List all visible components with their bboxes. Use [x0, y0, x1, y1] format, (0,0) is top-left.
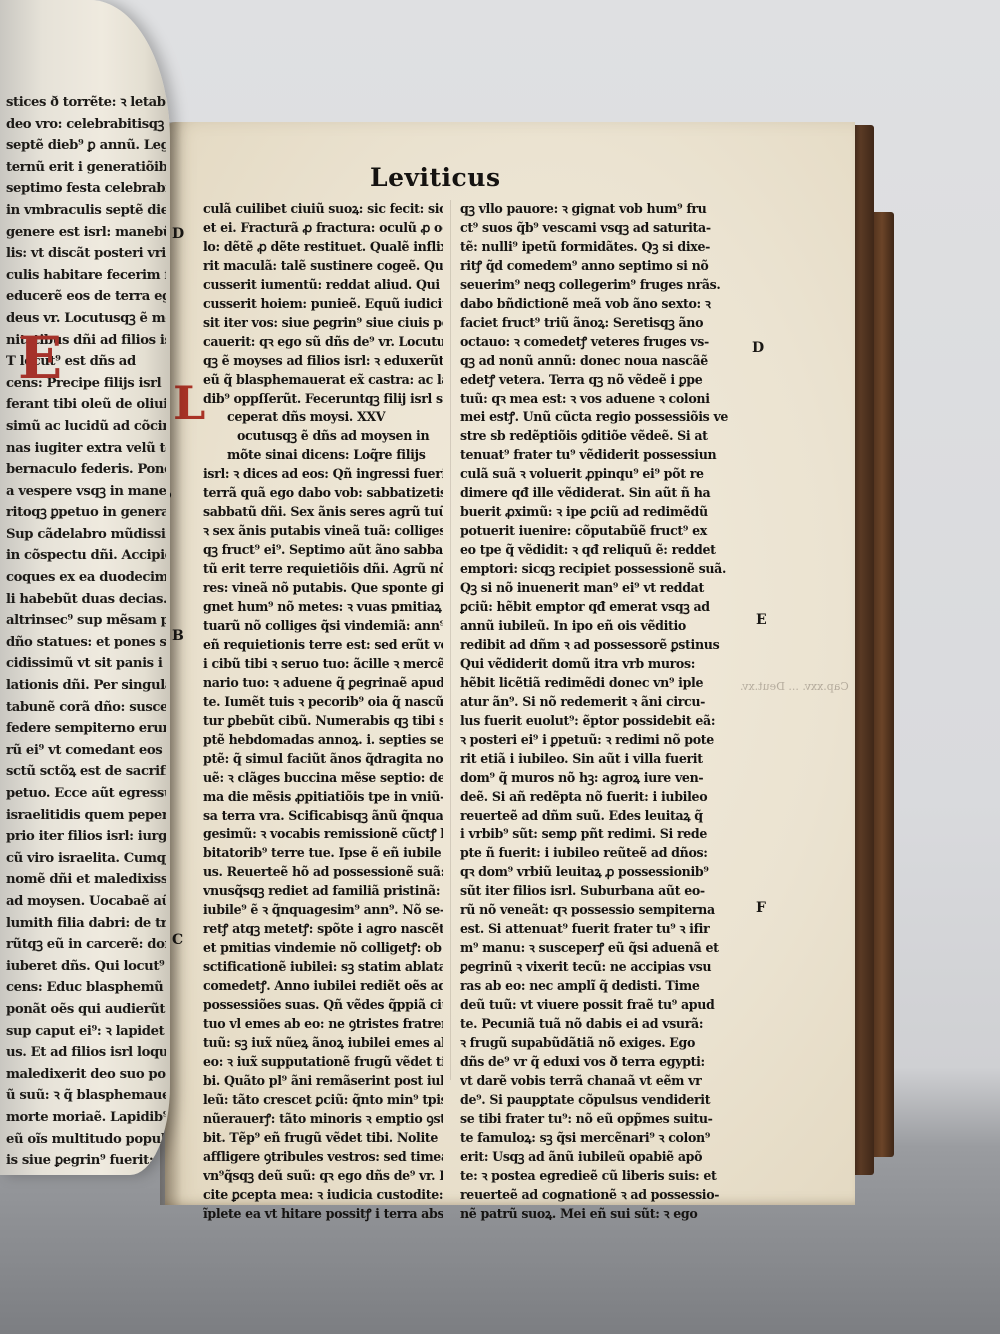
text-line: ꝛ sex ãnis putabis vineã tuã: colliges-: [203, 522, 443, 541]
text-line: uẽ: ꝛ clãges buccina mẽse septio: deci: [203, 769, 443, 788]
text-line: gesimũ: ꝛ vocabis remissionẽ cũctꝭ ha: [203, 825, 443, 844]
text-line: potuerit iuenire: cõputabũẽ fruct⁹ ex: [460, 522, 742, 541]
text-line: cite ꝑcepta mea: ꝛ iudicia custodite: ꝛ: [203, 1186, 443, 1205]
text-line: ritoqꝫ ꝑpetuo in generatiõib⁹: [6, 502, 166, 524]
verso-text-column: stices ð torrẽte: ꝛ letabiminideo vro: c…: [6, 92, 166, 1175]
text-line: lis: vt discãt posteri vri q̃: [6, 243, 166, 265]
text-line: dib⁹ oppſſerũt. Feceruntqꝫ filij isrl si…: [203, 390, 443, 409]
text-line: genere est isrl: manebũt: [6, 222, 166, 244]
text-line: qꝫ ẽ moyses ad filios isrl: ꝛ eduxerũt: [203, 352, 443, 371]
text-line: culã cuilibet ciuiũ suoꝝ: sic fecit: sic…: [203, 200, 443, 219]
text-line: rũ nõ veneãt: qꝛ possessio sempiterna: [460, 901, 742, 920]
text-line: nũerauerꝭ: tãto minoris ꝛ emptio ꝯsta-: [203, 1110, 443, 1129]
text-line: rũ ei⁹ vt comedant eos in loco: [6, 740, 166, 762]
text-line: nomẽ dñi et maledixisset ei: [6, 869, 166, 891]
text-line: erit: Usqꝫ ad ãnũ iubileũ opabiẽ apõ: [460, 1148, 742, 1167]
text-line: res: vineã nõ putabis. Que sponte gi-: [203, 579, 443, 598]
text-line: tuũ: qꝛ mea est: ꝛ vos aduene ꝛ coloni: [460, 390, 742, 409]
text-line: eñ requietionis terre est: sed erũt vobi…: [203, 636, 443, 655]
text-line: et pmitias vindemie nõ colligetꝭ: ob: [203, 939, 443, 958]
text-line: buerit ꝓximũ: ꝛ ipe ꝑciũ ad redimẽdũ: [460, 503, 742, 522]
text-line: ꝛ posteri ei⁹ i ꝑpetuũ: ꝛ redimi nõ pote: [460, 731, 742, 750]
text-line: bit. Tẽp⁹ eñ frugũ vẽdet tibi. Nolite: [203, 1129, 443, 1148]
text-line: ras ab eo: nec amplĩ q̃ dedisti. Time: [460, 977, 742, 996]
text-line: sũt iter filios isrl. Suburbana aũt eo-: [460, 882, 742, 901]
text-line: educerẽ eos de terra egypti: [6, 286, 166, 308]
text-line: rit etiã i iubileo. Sin aũt i villa fuer…: [460, 750, 742, 769]
text-line: edetꝭ vetera. Terra qꝫ nõ vẽdeẽ i ꝑpe: [460, 371, 742, 390]
text-line: tũ erit terre requietiõis dñi. Agrũ nõ s…: [203, 560, 443, 579]
text-line: qꝫ ad nonũ annũ: donec noua nascãẽ: [460, 352, 742, 371]
text-line: ternũ erit i generatiõib⁹: [6, 157, 166, 179]
text-line: cusserit iumentũ: reddat aliud. Qui ꝑ: [203, 276, 443, 295]
text-column-right: qꝫ vllo pauore: ꝛ gignat vob hum⁹ fruct⁹…: [460, 200, 742, 1223]
text-line: comedetꝭ. Anno iubilei rediẽt oẽs ad: [203, 977, 443, 996]
text-block-edge: [852, 125, 874, 1175]
text-line: dimere qđ ille vẽdiderat. Sin aũt ñ ha: [460, 484, 742, 503]
rubricated-initial-l: L: [173, 378, 207, 428]
text-line: dñs de⁹ vr q̃ eduxi vos ð terra egypti:: [460, 1053, 742, 1072]
marginal-letter-c: C: [172, 932, 183, 948]
text-line: ĩplete ea vt hitare possitꝭ i terra abs: [203, 1205, 443, 1224]
text-line: te. Pecuniã tuã nõ dabis ei ad vsurã:: [460, 1015, 742, 1034]
text-column-left: culã cuilibet ciuiũ suoꝝ: sic fecit: sic…: [203, 200, 443, 1223]
rubricated-initial-e: E: [18, 330, 62, 386]
verso-page-curled: stices ð torrẽte: ꝛ letabiminideo vro: c…: [0, 0, 170, 1175]
text-line: cauerit: qꝛ ego sũ dñs de⁹ vr. Locutus: [203, 333, 443, 352]
text-line: ũ suũ: ꝛ q̃ blasphemauerit nomẽ: [6, 1085, 166, 1107]
text-line: deũ tuũ: vt viuere possit fraẽ tu⁹ apud: [460, 996, 742, 1015]
text-line: cusserit hoiem: punieẽ. Equũ iudiciũ: [203, 295, 443, 314]
text-line: leũ: tãto crescet ꝑciũ: q̃nto min⁹ tpis: [203, 1091, 443, 1110]
text-line: prio iter filios isrl: iurgat⁹: [6, 826, 166, 848]
text-line: sctũ sctõꝝ est de sacrificijs: [6, 761, 166, 783]
text-line: ceperat dñs moysi. XXV: [203, 408, 443, 427]
text-line: est. Si attenuat⁹ fuerit frater tu⁹ ꝛ if…: [460, 920, 742, 939]
text-line: stre sb redẽptiõis ꝯditiõe vẽdeẽ. Si at: [460, 427, 742, 446]
text-line: eo tpe q̃ vẽdidit: ꝛ qđ reliquũ ẽ: redde…: [460, 541, 742, 560]
marginal-letter-d-right: D: [752, 340, 764, 356]
text-line: tabunẽ corã dño: suscepti a: [6, 697, 166, 719]
text-line: isrl: ꝛ dices ad eos: Qñ ingressi fuerit: [203, 465, 443, 484]
text-line: nẽ patrũ suoꝝ. Mei eñ sui sũt: ꝛ ego: [460, 1205, 742, 1224]
text-line: nario tuo: ꝛ aduene q̃ ꝑegrinaẽ apud: [203, 674, 443, 693]
text-line: ad moysen. Uocabaẽ aũt mater: [6, 891, 166, 913]
text-line: lo: dẽtẽ ꝓ dẽte restituet. Qualẽ inflixe…: [203, 238, 443, 257]
text-line: rũtqꝫ eũ in carcerẽ: donec nosse: [6, 934, 166, 956]
text-line: Sup cãdelabro mũdissimo: [6, 524, 166, 546]
text-line: eũ oĩs multitudo populi. Siue: [6, 1129, 166, 1151]
text-line: coques ex ea duodecim panes: [6, 567, 166, 589]
text-line: lus fuerit euolut⁹: ẽptor possidebit eã:: [460, 712, 742, 731]
marginal-letter-e: E: [756, 612, 767, 628]
text-line: bi. Quãto pl⁹ ãni remãserint post iubi-: [203, 1072, 443, 1091]
text-line: sit iter vos: siue ꝑegrin⁹ siue ciuis pe…: [203, 314, 443, 333]
text-line: is siue ꝑegrin⁹ fuerit: q̃ blasphe: [6, 1150, 166, 1172]
text-line: iubile⁹ ẽ ꝛ q̃nquagesim⁹ ann⁹. Nõ se-: [203, 901, 443, 920]
text-line: pte ñ fuerit: i iubileo reũteẽ ad dños:: [460, 844, 742, 863]
text-line: gnet hum⁹ nõ metes: ꝛ vuas pmitiaꝝ: [203, 598, 443, 617]
text-line: qꝛ dom⁹ vrbiũ leuitaꝝ ꝓ possessionib⁹: [460, 863, 742, 882]
text-line: septẽ dieb⁹ ꝑ annũ. Legi: [6, 135, 166, 157]
text-line: morte moriaẽ. Lapidib⁹ opprimet: [6, 1107, 166, 1129]
text-line: sctificationẽ iubilei: sꝫ statim ablata: [203, 958, 443, 977]
text-line: i vrbib⁹ sũt: semꝑ pñt redimi. Si rede: [460, 825, 742, 844]
text-line: sup caput ei⁹: ꝛ lapidet eũ: [6, 1021, 166, 1043]
text-line: ocutusqꝫ ẽ dñs ad moysen in: [203, 427, 443, 446]
column-gutter: [450, 200, 451, 1080]
text-line: tẽ: nulli⁹ ipetũ formidãtes. Qꝫ si dixe-: [460, 238, 742, 257]
text-line: li habebũt duas decias. Quos: [6, 589, 166, 611]
text-line: simũ ac lucidũ ad cõcinnãdas: [6, 416, 166, 438]
text-line: te. Iumẽt tuis ꝛ pecorib⁹ oia q̃ nascũ: [203, 693, 443, 712]
text-line: us. Reuerteẽ hõ ad possessionẽ suã: et: [203, 863, 443, 882]
text-line: ptẽ hebdomadas annoꝝ. i. septies se-: [203, 731, 443, 750]
text-line: qꝫ fruct⁹ ei⁹. Septimo aũt ãno sabba: [203, 541, 443, 560]
text-line: sabbatũ dñi. Sex ãnis seres agrũ tuũ: [203, 503, 443, 522]
text-line: ꝑciũ: hẽbit emptor qđ emerat vsqꝫ ad: [460, 598, 742, 617]
text-line: ptẽ: q̃ simul faciũt ãnos q̃dragita no: [203, 750, 443, 769]
text-line: octauo: ꝛ comedetꝭ veteres fruges vs-: [460, 333, 742, 352]
text-line: redibit ad dñm ꝛ ad possessorẽ ꝑstinus: [460, 636, 742, 655]
text-line: nas iugiter extra velũ testim: [6, 438, 166, 460]
text-line: us. Et ad filios isrl loqueris: [6, 1042, 166, 1064]
text-line: culã suã ꝛ voluerit ꝓpinqu⁹ ei⁹ põt re: [460, 465, 742, 484]
text-line: a vespere vsqꝫ in mane corã: [6, 481, 166, 503]
text-line: ritꝭ q̃d comedem⁹ anno septimo si nõ: [460, 257, 742, 276]
show-through-marginalia: Cap.xxv. ... Deut.xv.: [740, 680, 849, 693]
text-line: stices ð torrẽte: ꝛ letabimini: [6, 92, 166, 114]
text-line: sa terra vra. Scificabisqꝫ ãnũ q̃nqua: [203, 807, 443, 826]
text-line: possessiões suas. Qñ vẽdes q̃ppiã ciui: [203, 996, 443, 1015]
text-line: faciet fruct⁹ triũ ãnoꝝ: Seretisqꝫ ãno: [460, 314, 742, 333]
text-line: se tibi frater tu⁹: nõ eũ opp̃mes suitu-: [460, 1110, 742, 1129]
text-line: tuũ: sꝫ iux̃ nũeꝝ ãnoꝝ iubilei emes ab: [203, 1034, 443, 1053]
text-line: te: ꝛ postea egredieẽ cũ liberis suis: e…: [460, 1167, 742, 1186]
photo-scene: Leviticus culã cuilibet ciuiũ suoꝝ: sic …: [0, 0, 1000, 1334]
text-line: reuerteẽ ad dñm suũ. Edes leuitaꝝ q̃: [460, 807, 742, 826]
text-line: in vmbraculis septẽ dieb⁹: [6, 200, 166, 222]
text-line: eũ q̃ blasphemauerat ex̃ castra: ac lapi: [203, 371, 443, 390]
text-line: tur ꝑbebũt cibũ. Numerabis qꝫ tibi se: [203, 712, 443, 731]
text-line: ct⁹ suos q̃b⁹ vescami vsqꝫ ad saturita-: [460, 219, 742, 238]
text-line: te famuloꝝ: sꝫ q̃si mercẽnari⁹ ꝛ colon⁹: [460, 1129, 742, 1148]
text-line: ponãt oẽs qui audierũt: [6, 999, 166, 1021]
text-line: bernaculo federis. Ponẽq̃: [6, 459, 166, 481]
text-line: hẽbit licẽtiã redimẽdi donec vn⁹ iple: [460, 674, 742, 693]
text-line: dabo bñdictionẽ meã vob ãno sexto: ꝛ: [460, 295, 742, 314]
text-line: qꝫ vllo pauore: ꝛ gignat vob hum⁹ fru: [460, 200, 742, 219]
text-line: vnusq̃sqꝫ rediet ad familiã pristinã: qꝛ: [203, 882, 443, 901]
text-line: Qui vẽdiderit domũ itra vrb muros:: [460, 655, 742, 674]
text-line: lationis dñi. Per singula sabb: [6, 675, 166, 697]
text-line: federe sempiterno eruntqꝫ: [6, 718, 166, 740]
text-line: vn⁹q̃sqꝫ deũ suũ: qꝛ ego dñs de⁹ vr. Fa: [203, 1167, 443, 1186]
text-line: seuerim⁹ neqꝫ collegerim⁹ fruges nrãs.: [460, 276, 742, 295]
text-line: maledixerit deo suo portabit: [6, 1064, 166, 1086]
text-line: reuerteẽ ad cognationẽ ꝛ ad possessio-: [460, 1186, 742, 1205]
text-line: israelitidis quem peperat: [6, 805, 166, 827]
marginal-letter-d-left: D: [172, 226, 184, 242]
text-line: ma die mẽsis ꝓpitiatiõis tpe in vniũ-: [203, 788, 443, 807]
text-line: culis habitare fecerim filios: [6, 265, 166, 287]
text-line: mõte sinai dicens: Loq̃re filijs: [203, 446, 443, 465]
running-head: Leviticus: [370, 163, 501, 192]
text-line: terrã quã ego dabo vob: sabbatizetis: [203, 484, 443, 503]
text-line: ꝑegrinũ ꝛ vixerit tecũ: ne accipias vsu: [460, 958, 742, 977]
text-line: annũ iubileũ. In ipo eñ ois vẽditio: [460, 617, 742, 636]
text-line: m⁹ manu: ꝛ susceperꝭ eũ q̃si aduenã et: [460, 939, 742, 958]
text-line: altrinsec⁹ sup mẽsam purissimã: [6, 610, 166, 632]
marginal-letter-b: B: [172, 628, 184, 644]
text-line: deo vro: celebrabitisqꝫ: [6, 114, 166, 136]
text-line: de⁹. Si paupꝑtate cõpulsus vendiderit: [460, 1091, 742, 1110]
text-line: mei estꝭ. Unũ cũcta regio possessiõis ve: [460, 408, 742, 427]
text-line: tenuat⁹ frater tu⁹ vẽdiderit possessiun: [460, 446, 742, 465]
text-line: iuberet dñs. Qui locut⁹ est ad: [6, 956, 166, 978]
text-line: rit maculã: talẽ sustinere cogeẽ. Qui ꝑ: [203, 257, 443, 276]
text-line: atur ãn⁹. Si nõ redemerit ꝛ ãni circu-: [460, 693, 742, 712]
text-line: petuo. Ecce aũt egressus filius: [6, 783, 166, 805]
text-line: ꝛ frugũ supabũdãtiã nõ exiges. Ego: [460, 1034, 742, 1053]
text-line: et ei. Fracturã ꝓ fractura: oculũ ꝓ ocu: [203, 219, 443, 238]
text-line: ferant tibi oleũ de oliuis: [6, 394, 166, 416]
text-line: emptori: sicqꝫ recipiet possessionẽ suã.: [460, 560, 742, 579]
text-line: retꝭ atqꝫ metetꝭ: spõte i agro nascẽtia:: [203, 920, 443, 939]
text-line: septimo festa celebrabit: [6, 178, 166, 200]
text-line: affligere ꝯtribules vestros: sed timeat: [203, 1148, 443, 1167]
text-line: bitatorib⁹ terre tue. Ipse ẽ eñ iubile: [203, 844, 443, 863]
text-line: cens: Educ blasphemũ extra: [6, 977, 166, 999]
text-line: tuarũ nõ colliges q̃si vindemiã: ann⁹: [203, 617, 443, 636]
text-line: lumith filia dabri: de tribu dan: [6, 913, 166, 935]
text-line: in cõspectu dñi. Accipies: [6, 545, 166, 567]
text-line: eo: ꝛ iux̃ supputationẽ frugũ vẽdet ti-: [203, 1053, 443, 1072]
text-line: cũ viro israelita. Cumqꝫ blasphe: [6, 848, 166, 870]
text-line: vt darẽ vobis terrã chanaã vt eẽm vr: [460, 1072, 742, 1091]
text-line: dom⁹ q̃ muros nõ hꝫ: agroꝝ iure ven-: [460, 769, 742, 788]
text-line: tuo vl emes ab eo: ne ꝯtristes fratrem: [203, 1015, 443, 1034]
text-line: dño statues: et pones sup eas: [6, 632, 166, 654]
text-line: i cibũ tibi ꝛ seruo tuo: ãcille ꝛ mercẽ-: [203, 655, 443, 674]
text-line: cidissimũ vt sit panis i monim: [6, 653, 166, 675]
text-line: Qꝫ si nõ inuenerit man⁹ ei⁹ vt reddat: [460, 579, 742, 598]
text-line: deẽ. Si añ redẽpta nõ fuerit: i iubileo: [460, 788, 742, 807]
marginal-letter-f: F: [756, 900, 766, 916]
text-line: uerit nomen dñi: morte moriatur.: [6, 1172, 166, 1175]
